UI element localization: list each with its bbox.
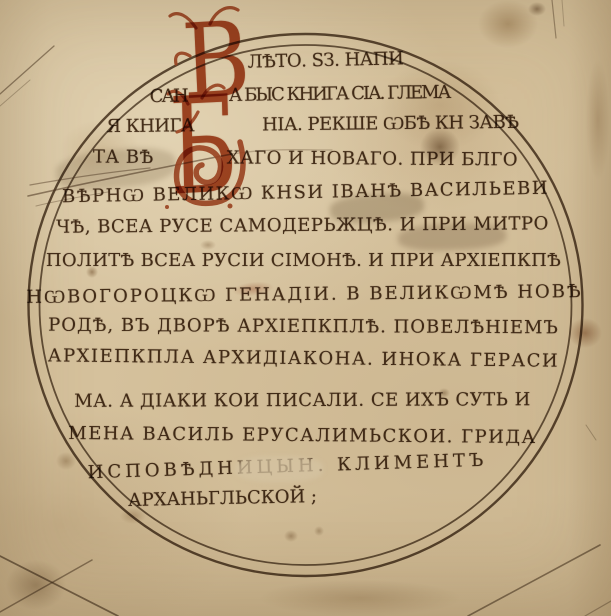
manuscript-page: лѣто. ѕз. напи сана быс книга сіа. глема…	[0, 0, 611, 616]
line-text: чѣ, всеа русе самодерьжцѣ. и при митро	[56, 213, 549, 239]
line-text: та вѣ	[93, 147, 154, 170]
manuscript-line: ма. а діаки кои писали. се ихъ суть и	[0, 389, 608, 414]
line-text: хаго и новаго. при блго	[227, 147, 518, 172]
line-text: политѣ всеа русіи сімонѣ. и при архіепкп…	[46, 250, 561, 273]
manuscript-line: чѣ, всеа русе самодерьжцѣ. и при митро	[0, 213, 608, 240]
line-text: мена василь ерусалимьскои. грида	[68, 423, 537, 450]
illuminated-initial-b: Б	[168, 79, 239, 216]
line-text: родѣ, въ дворѣ архіепкплѣ. повелѣніемъ	[48, 315, 559, 340]
line-text: а быс книга сіа. глема	[229, 82, 450, 108]
manuscript-line: та вѣхаго и новаго. при блго	[0, 146, 611, 173]
manuscript-line: политѣ всеа русіи сімонѣ. и при архіепкп…	[0, 250, 609, 273]
line-text: ніа. рекше ѡбѣ кн завѣ	[262, 112, 519, 137]
manuscript-line: родѣ, въ дворѣ архіепкплѣ. повелѣніемъ	[0, 314, 609, 340]
line-text: ма. а діаки кои писали. се ихъ суть и	[74, 389, 531, 413]
line-text: арханьгльской ;	[128, 486, 317, 512]
line-text: лѣто. ѕз. напи	[247, 48, 403, 74]
